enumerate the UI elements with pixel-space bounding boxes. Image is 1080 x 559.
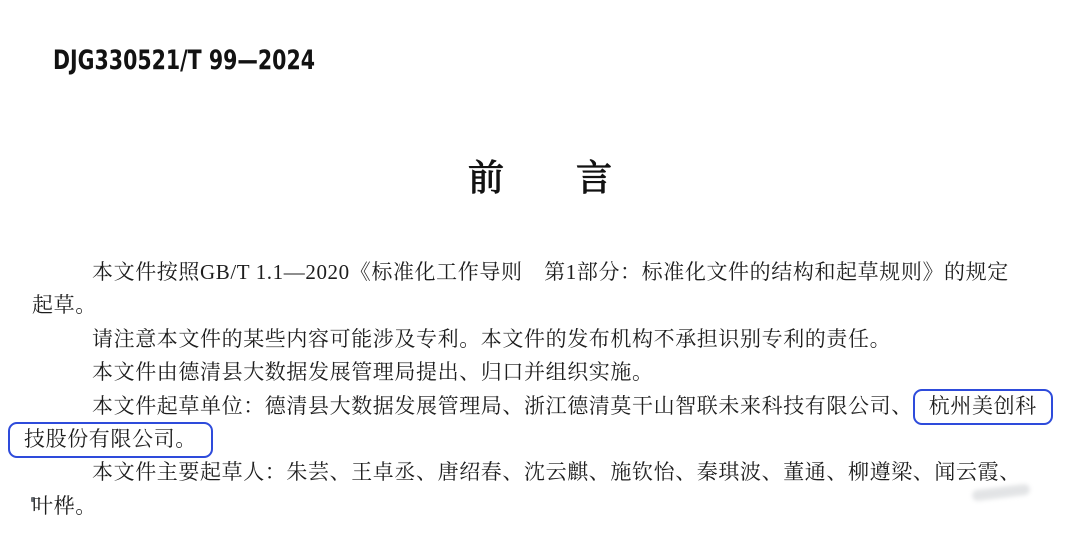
highlight-box: 杭州美创科 (913, 389, 1053, 425)
text-segment: 本文件起草单位：德清县大数据发展管理局、浙江德清莫干山智联未来科技有限公司、 (92, 394, 913, 418)
text-segment: 本文件由德清县大数据发展管理局提出、归口并组织实施。 (92, 360, 654, 384)
page-title: 前 言 (0, 150, 1080, 201)
text-line: 请注意本文件的某些内容可能涉及专利。本文件的发布机构不承担识别专利的责任。 (32, 323, 1052, 356)
doc-number: DJG330521/T 99—2024 (53, 45, 315, 76)
text-line: 本文件按照GB/T 1.1—2020《标准化工作导则 第1部分：标准化文件的结构… (32, 256, 1052, 289)
scan-artifact-dot (31, 497, 35, 502)
foreword-body: 本文件按照GB/T 1.1—2020《标准化工作导则 第1部分：标准化文件的结构… (32, 256, 1052, 523)
text-line: 本文件主要起草人：朱芸、王卓丞、唐绍春、沈云麒、施钦怡、秦琪波、董通、柳遵梁、闻… (32, 456, 1052, 489)
text-line: 起草。 (32, 289, 1052, 322)
text-segment: 起草。 (32, 293, 97, 317)
text-line: 本文件起草单位：德清县大数据发展管理局、浙江德清莫干山智联未来科技有限公司、杭州… (32, 390, 1052, 423)
text-segment: 叶桦。 (32, 494, 97, 518)
text-line: 本文件由德清县大数据发展管理局提出、归口并组织实施。 (32, 356, 1052, 389)
highlight-box: 技股份有限公司。 (8, 422, 213, 458)
text-line: 技股份有限公司。 (8, 423, 1052, 456)
text-line: 叶桦。 (32, 490, 1052, 523)
text-segment: 本文件按照GB/T 1.1—2020《标准化工作导则 第1部分：标准化文件的结构… (92, 260, 1009, 284)
text-segment: 本文件主要起草人：朱芸、王卓丞、唐绍春、沈云麒、施钦怡、秦琪波、董通、柳遵梁、闻… (92, 460, 1021, 484)
document-page: DJG330521/T 99—2024 前 言 本文件按照GB/T 1.1—20… (0, 0, 1080, 559)
text-segment: 请注意本文件的某些内容可能涉及专利。本文件的发布机构不承担识别专利的责任。 (92, 327, 891, 351)
